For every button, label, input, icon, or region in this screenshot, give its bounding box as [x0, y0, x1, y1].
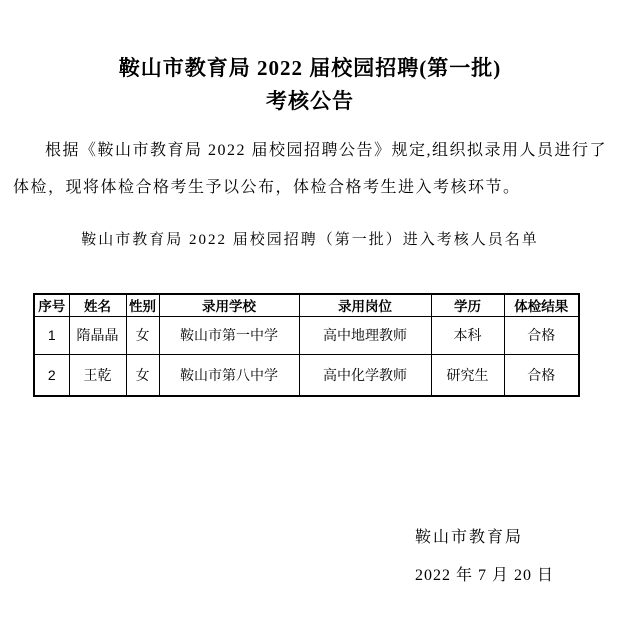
announcement-paragraph: 根据《鞍山市教育局 2022 届校园招聘公告》规定,组织拟录用人员进行了体检，现…	[13, 132, 607, 206]
cell-exam-result: 合格	[504, 354, 579, 396]
cell-education: 本科	[431, 316, 504, 354]
title-line-2: 考核公告	[13, 85, 607, 118]
col-header-index: 序号	[34, 294, 69, 316]
title-line-1: 鞍山市教育局 2022 届校园招聘(第一批)	[13, 52, 607, 85]
col-header-gender: 性别	[126, 294, 159, 316]
table-header-row: 序号 姓名 性别 录用学校 录用岗位 学历 体检结果	[34, 294, 579, 316]
cell-name: 王乾	[69, 354, 126, 396]
col-header-education: 学历	[431, 294, 504, 316]
signature-organization: 鞍山市教育局	[415, 528, 554, 548]
table-row: 2 王乾 女 鞍山市第八中学 高中化学教师 研究生 合格	[34, 354, 579, 396]
cell-index: 1	[34, 316, 69, 354]
candidate-roster-table: 序号 姓名 性别 录用学校 录用岗位 学历 体检结果 1 隋晶晶 女 鞍山市第一…	[33, 293, 580, 397]
cell-education: 研究生	[431, 354, 504, 396]
roster-list-title: 鞍山市教育局 2022 届校园招聘（第一批）进入考核人员名单	[13, 229, 607, 251]
cell-position: 高中地理教师	[299, 316, 431, 354]
cell-school: 鞍山市第八中学	[159, 354, 299, 396]
cell-gender: 女	[126, 354, 159, 396]
cell-name: 隋晶晶	[69, 316, 126, 354]
col-header-school: 录用学校	[159, 294, 299, 316]
table-row: 1 隋晶晶 女 鞍山市第一中学 高中地理教师 本科 合格	[34, 316, 579, 354]
col-header-exam-result: 体检结果	[504, 294, 579, 316]
cell-position: 高中化学教师	[299, 354, 431, 396]
col-header-position: 录用岗位	[299, 294, 431, 316]
cell-index: 2	[34, 354, 69, 396]
col-header-name: 姓名	[69, 294, 126, 316]
signature-date: 2022 年 7 月 20 日	[415, 566, 554, 586]
cell-gender: 女	[126, 316, 159, 354]
signature-block: 鞍山市教育局 2022 年 7 月 20 日	[415, 528, 554, 586]
cell-school: 鞍山市第一中学	[159, 316, 299, 354]
document-title: 鞍山市教育局 2022 届校园招聘(第一批) 考核公告	[13, 52, 607, 118]
announcement-document: 鞍山市教育局 2022 届校园招聘(第一批) 考核公告 根据《鞍山市教育局 20…	[0, 0, 623, 634]
cell-exam-result: 合格	[504, 316, 579, 354]
